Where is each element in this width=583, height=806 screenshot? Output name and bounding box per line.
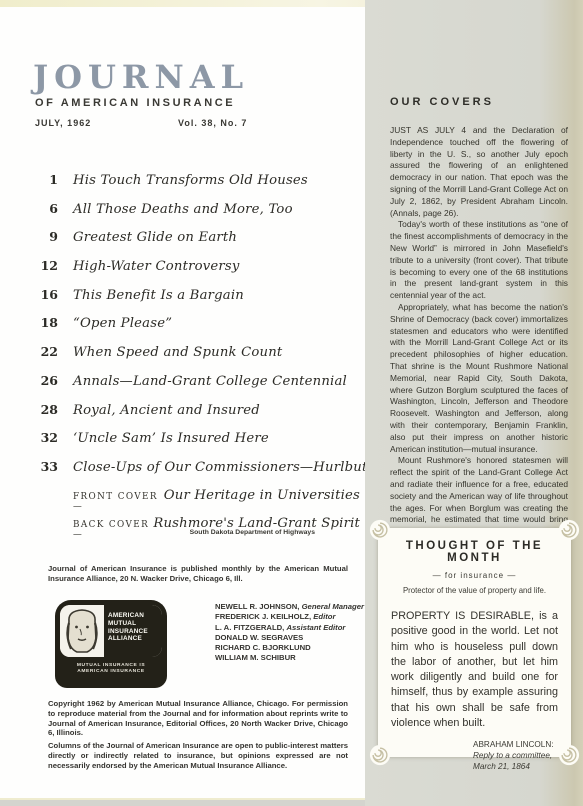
toc-page-number: 28 xyxy=(30,402,58,417)
publisher-note: Journal of American Insurance is publish… xyxy=(48,564,348,584)
attribution-source: Reply to a committee, xyxy=(473,750,571,761)
toc-entry: 6 All Those Deaths and More, Too xyxy=(30,201,360,230)
issue-line: JULY, 1962 Vol. 38, No. 7 xyxy=(35,118,335,128)
toc-title: All Those Deaths and More, Too xyxy=(73,202,293,217)
front-cover-title: Our Heritage in Universities xyxy=(164,488,360,503)
toc-entry: 9 Greatest Glide on Earth xyxy=(30,229,360,258)
copyright-note: Copyright 1962 by American Mutual Insura… xyxy=(48,699,348,738)
toc-entry: 16 This Benefit Is a Bargain xyxy=(30,287,360,316)
toc-title: Annals—Land-Grant College Centennial xyxy=(73,374,347,389)
toc-page-number: 1 xyxy=(30,172,58,187)
thought-of-month-box: THOUGHT OF THE MONTH — for insurance — P… xyxy=(378,528,571,757)
toc-title: High-Water Controversy xyxy=(73,259,240,274)
swirl-ornament-icon xyxy=(558,519,580,541)
toc-entry: 32 ‘Uncle Sam’ Is Insured Here xyxy=(30,430,360,459)
staff-member: L. A. FITZGERALD, Assistant Editor xyxy=(215,623,364,633)
swirl-ornament-icon xyxy=(558,744,580,766)
our-covers-text: JUST AS JULY 4 and the Declaration of In… xyxy=(390,125,568,538)
issue-date: JULY, 1962 xyxy=(35,118,91,128)
toc-page-number: 33 xyxy=(30,459,58,474)
journal-title: JOURNAL xyxy=(33,58,249,96)
logo-org-name: AMERICAN MUTUAL INSURANCE ALLIANCE xyxy=(104,605,162,657)
our-covers-heading: OUR COVERS xyxy=(390,96,494,108)
staff-role: Editor xyxy=(313,612,335,621)
logo-screen: AMERICAN MUTUAL INSURANCE ALLIANCE xyxy=(60,605,162,657)
staff-name: DONALD W. SEGRAVES xyxy=(215,633,303,642)
volume-number: Vol. 38, No. 7 xyxy=(178,118,247,128)
toc-page-number: 6 xyxy=(30,201,58,216)
toc-page-number: 9 xyxy=(30,229,58,244)
staff-member: FREDERICK J. KEILHOLZ, Editor xyxy=(215,612,364,622)
franklin-portrait-icon xyxy=(60,605,104,657)
photo-credit: South Dakota Department of Highways xyxy=(30,529,315,536)
toc-entry-front-cover: FRONT COVER— Our Heritage in Universitie… xyxy=(30,488,360,517)
covers-paragraph: Mount Rushmore's honored statesmen will … xyxy=(390,455,568,538)
page-edge-bottom xyxy=(0,800,365,806)
staff-name: WILLIAM M. SCHIBUR xyxy=(215,653,296,662)
staff-name: FREDERICK J. KEILHOLZ, xyxy=(215,612,311,621)
staff-name: L. A. FITZGERALD, xyxy=(215,623,284,632)
toc-page-number: 22 xyxy=(30,344,58,359)
toc-title: Royal, Ancient and Insured xyxy=(73,403,260,418)
toc-title: His Touch Transforms Old Houses xyxy=(73,173,308,188)
staff-list: NEWELL R. JOHNSON, General Manager FREDE… xyxy=(215,602,364,664)
logo-tagline: MUTUAL INSURANCE IS AMERICAN INSURANCE xyxy=(55,663,167,676)
toc-entry: 26 Annals—Land-Grant College Centennial xyxy=(30,373,360,402)
toc-entry: 12 High-Water Controversy xyxy=(30,258,360,287)
staff-name: NEWELL R. JOHNSON, xyxy=(215,602,299,611)
thought-theme: Protector of the value of property and l… xyxy=(378,586,571,595)
staff-name: RICHARD C. BJORKLUND xyxy=(215,643,311,652)
thought-subheading: — for insurance — xyxy=(378,571,571,580)
attribution-date: March 21, 1864 xyxy=(473,761,571,772)
staff-member: NEWELL R. JOHNSON, General Manager xyxy=(215,602,364,612)
toc-page-number: 26 xyxy=(30,373,58,388)
staff-role: Assistant Editor xyxy=(286,623,345,632)
thought-body: PROPERTY IS DESIRABLE, is a positive goo… xyxy=(391,609,558,731)
toc-entry: 1 His Touch Transforms Old Houses xyxy=(30,172,360,201)
attribution-name: ABRAHAM LINCOLN: xyxy=(473,739,571,750)
toc-entry: 33 Close-Ups of Our Commissioners—Hurlbu… xyxy=(30,459,360,488)
swirl-ornament-icon xyxy=(369,519,391,541)
toc-page-number: 32 xyxy=(30,430,58,445)
thought-attribution: ABRAHAM LINCOLN: Reply to a committee, M… xyxy=(473,739,571,772)
toc-title: This Benefit Is a Bargain xyxy=(73,288,244,303)
swirl-ornament-icon xyxy=(369,744,391,766)
toc-page-number: 18 xyxy=(30,315,58,330)
toc-page-number: 16 xyxy=(30,287,58,302)
toc-entry: 18 “Open Please” xyxy=(30,315,360,344)
covers-paragraph: JUST AS JULY 4 and the Declaration of In… xyxy=(390,125,568,219)
toc-title: When Speed and Spunk Count xyxy=(73,345,282,360)
right-panel: OUR COVERS JUST AS JULY 4 and the Declar… xyxy=(365,0,583,806)
table-of-contents: 1 His Touch Transforms Old Houses 6 All … xyxy=(30,172,360,545)
staff-member: RICHARD C. BJORKLUND xyxy=(215,643,364,653)
toc-page-number: 12 xyxy=(30,258,58,273)
toc-entry: 28 Royal, Ancient and Insured xyxy=(30,402,360,431)
staff-member: WILLIAM M. SCHIBUR xyxy=(215,653,364,663)
staff-role: General Manager xyxy=(302,602,364,611)
journal-subtitle: OF AMERICAN INSURANCE xyxy=(35,97,235,109)
columns-policy-note: Columns of the Journal of American Insur… xyxy=(48,741,348,770)
toc-title: “Open Please” xyxy=(73,316,172,331)
toc-entry: 22 When Speed and Spunk Count xyxy=(30,344,360,373)
covers-paragraph: Appropriately, what has become the natio… xyxy=(390,302,568,455)
amia-logo: AMERICAN MUTUAL INSURANCE ALLIANCE MUTUA… xyxy=(55,600,167,688)
staff-member: DONALD W. SEGRAVES xyxy=(215,633,364,643)
toc-title: Close-Ups of Our Commissioners—Hurlbut xyxy=(73,460,367,475)
thought-heading: THOUGHT OF THE MONTH xyxy=(378,540,571,564)
toc-title: Greatest Glide on Earth xyxy=(73,230,237,245)
covers-paragraph: Today's worth of these institutions as “… xyxy=(390,219,568,302)
front-cover-label: FRONT COVER— xyxy=(73,492,163,512)
toc-title: ‘Uncle Sam’ Is Insured Here xyxy=(73,431,269,446)
magazine-page: JOURNAL OF AMERICAN INSURANCE JULY, 1962… xyxy=(0,0,583,806)
